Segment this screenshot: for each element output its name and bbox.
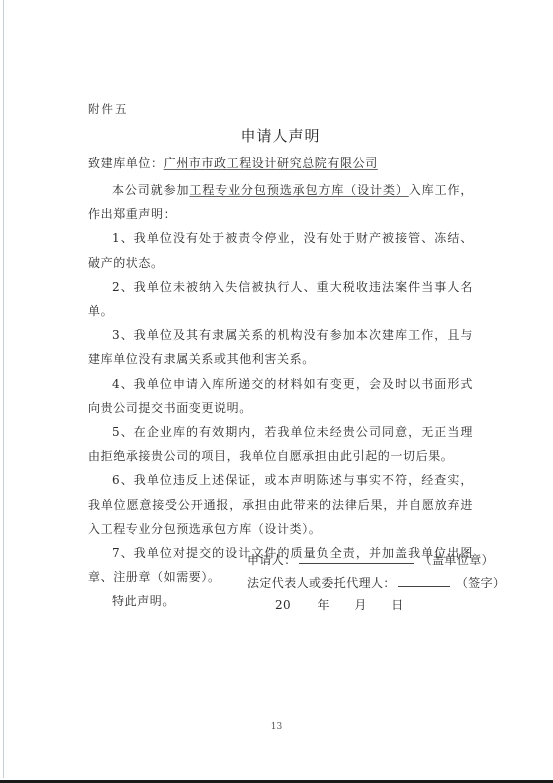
addressee-label: 致建库单位： (88, 156, 164, 170)
addressee-line: 致建库单位：广州市市政工程设计研究总院有限公司 (88, 154, 378, 171)
date-year-unit: 年 (318, 594, 330, 617)
applicant-label: 申请人： (247, 553, 297, 567)
clause-5: 5、在企业库的有效期内，若我单位未经贵公司同意，无正当理由拒绝承接贵公司的项目，… (88, 420, 473, 468)
applicant-seal-note: （盖单位章） (420, 553, 494, 567)
clause-6: 6、我单位违反上述保证，或本声明陈述与事实不符，经查实，我单位愿意接受公开通报，… (88, 468, 473, 541)
scan-edge-line (3, 0, 4, 778)
clause-4: 4、我单位申请入库所递交的材料如有变更，会及时以书面形式向贵公司提交书面变更说明… (88, 372, 473, 420)
signature-block: 申请人：（盖单位章） 法定代表人或委托代理人：（签字） 20 年 月 日 (247, 549, 505, 617)
annex-label: 附件五 (88, 101, 129, 117)
intro-paragraph: 本公司就参加工程专业分包预选承包方库（设计类）入库工作，作出郑重声明： (88, 178, 473, 226)
addressee-value: 广州市市政工程设计研究总院有限公司 (164, 156, 378, 170)
representative-signature-line (398, 575, 450, 587)
date-year: 20 (275, 594, 291, 617)
clause-1: 1、我单位没有处于被责令停业，没有处于财产被接管、冻结、破产的状态。 (88, 226, 473, 274)
document-title: 申请人声明 (88, 125, 473, 146)
applicant-signature-line (299, 552, 414, 564)
representative-row: 法定代表人或委托代理人：（签字） (247, 572, 505, 595)
page-number: 13 (0, 722, 553, 732)
intro-prefix: 本公司就参加 (112, 183, 189, 197)
date-day-unit: 日 (391, 594, 403, 617)
date-month-unit: 月 (354, 594, 366, 617)
intro-project-name: 工程专业分包预选承包方库（设计类） (189, 183, 408, 197)
date-row: 20 年 月 日 (247, 594, 505, 617)
applicant-row: 申请人：（盖单位章） (247, 549, 505, 572)
clause-3: 3、我单位及其有隶属关系的机构没有参加本次建库工作，且与建库单位没有隶属关系或其… (88, 323, 473, 371)
representative-sign-note: （签字） (456, 576, 506, 590)
clause-2: 2、我单位未被纳入失信被执行人、重大税收违法案件当事人名单。 (88, 275, 473, 323)
representative-label: 法定代表人或委托代理人： (247, 576, 396, 590)
